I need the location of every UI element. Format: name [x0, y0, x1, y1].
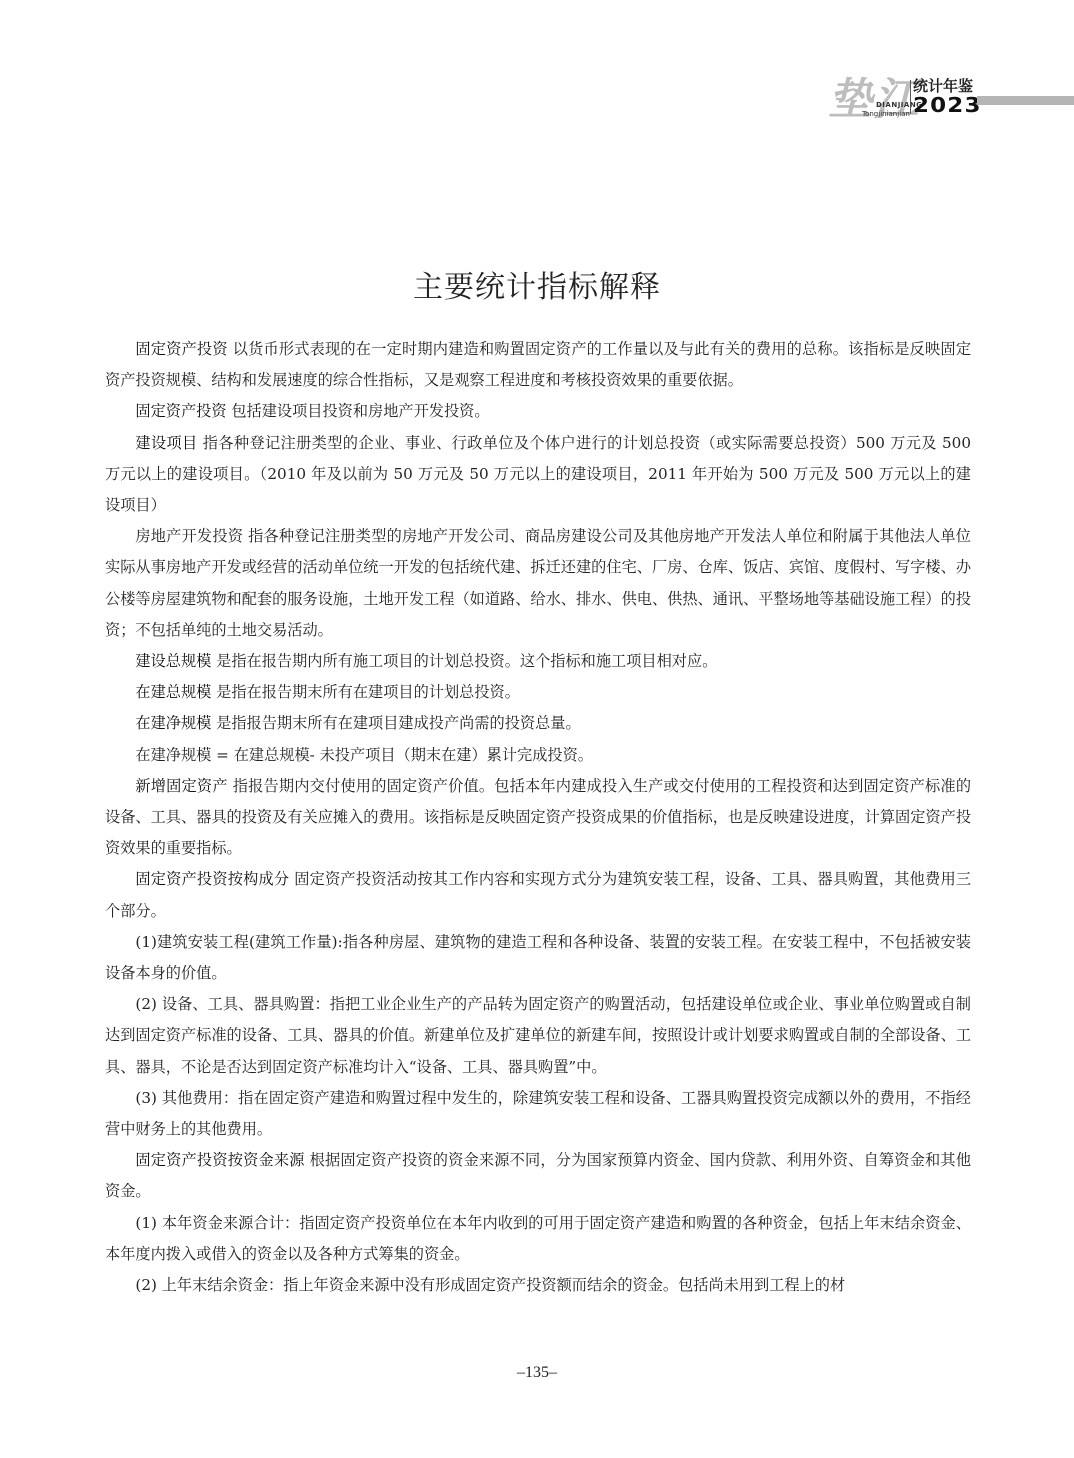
page-number: –135– [0, 1364, 1074, 1382]
logo-divider [910, 80, 911, 114]
header-gray-bar [977, 96, 1074, 105]
definition: (2) 设备、工具、器具购置：指把工业企业生产的产品转为固定资产的购置活动，包括… [105, 995, 971, 1075]
paragraph: 建设项目 指各种登记注册类型的企业、事业、行政单位及个体户进行的计划总投资（或实… [105, 428, 971, 522]
paragraph: 固定资产投资按资金来源 根据固定资产投资的资金来源不同，分为国家预算内资金、国内… [105, 1145, 971, 1207]
term: 建设项目 [135, 434, 197, 452]
paragraph: 房地产开发投资 指各种登记注册类型的房地产开发公司、商品房建设公司及其他房地产开… [105, 521, 971, 646]
definition: 房地产开发投资 指各种登记注册类型的房地产开发公司、商品房建设公司及其他房地产开… [105, 527, 971, 639]
term: 固定资产投资按构成分 [135, 870, 289, 888]
definition: 是指在报告期内所有施工项目的计划总投资。这个指标和施工项目相对应。 [211, 652, 717, 670]
paragraph: (2) 上年末结余资金：指上年资金来源中没有形成固定资产投资额而结余的资金。包括… [105, 1270, 971, 1301]
term: 在建总规模 [135, 683, 211, 701]
paragraph: (2) 设备、工具、器具购置：指把工业企业生产的产品转为固定资产的购置活动，包括… [105, 989, 971, 1083]
definition: 以货币形式表现的在一定时期内建造和购置固定资产的工作量以及与此有关的费用的总称。… [105, 340, 971, 389]
paragraph: 建设总规模 是指在报告期内所有施工项目的计划总投资。这个指标和施工项目相对应。 [105, 646, 971, 677]
definition: 是指报告期末所有在建项目建成投产尚需的投资总量。 [211, 714, 580, 732]
document-body: 固定资产投资 以货币形式表现的在一定时期内建造和购置固定资产的工作量以及与此有关… [105, 334, 971, 1301]
term: 固定资产投资 [135, 402, 226, 420]
term: 在建净规模 [135, 714, 211, 732]
page-title: 主要统计指标解释 [0, 262, 1074, 306]
paragraph: 固定资产投资 以货币形式表现的在一定时期内建造和购置固定资产的工作量以及与此有关… [105, 334, 971, 396]
paragraph: 在建净规模 是指报告期末所有在建项目建成投产尚需的投资总量。 [105, 708, 971, 739]
definition: (1) 本年资金来源合计：指固定资产投资单位在本年内收到的可用于固定资产建造和购… [105, 1214, 971, 1263]
definition: 指各种登记注册类型的企业、事业、行政单位及个体户进行的计划总投资（或实际需要总投… [105, 434, 971, 514]
definition: 是指在报告期末所有在建项目的计划总投资。 [211, 683, 520, 701]
book-year: 2023 [913, 95, 982, 115]
book-title: 统计年鉴 [913, 79, 973, 94]
paragraph: 固定资产投资 包括建设项目投资和房地产开发投资。 [105, 396, 971, 427]
term: 固定资产投资 [135, 340, 227, 358]
definition: 指报告期内交付使用的固定资产价值。包括本年内建成投入生产或交付使用的工程投资和达… [105, 777, 971, 857]
paragraph: 新增固定资产 指报告期内交付使用的固定资产价值。包括本年内建成投入生产或交付使用… [105, 771, 971, 865]
term: 新增固定资产 [135, 777, 227, 795]
definition: (3) 其他费用：指在固定资产建造和购置过程中发生的，除建筑安装工程和设备、工器… [105, 1089, 971, 1138]
definition: (1)建筑安装工程(建筑工作量):指各种房屋、建筑物的建造工程和各种设备、装置的… [105, 933, 971, 982]
definition: (2) 上年末结余资金：指上年资金来源中没有形成固定资产投资额而结余的资金。包括… [135, 1276, 845, 1294]
logo-pinyin-tongjinianjian: Tongjinianjian [862, 110, 910, 118]
paragraph: (1)建筑安装工程(建筑工作量):指各种房屋、建筑物的建造工程和各种设备、装置的… [105, 927, 971, 989]
definition: 在建净规模 = 在建总规模- 未投产项目（期末在建）累计完成投资。 [135, 746, 593, 764]
paragraph: 在建净规模 = 在建总规模- 未投产项目（期末在建）累计完成投资。 [105, 740, 971, 771]
running-header: 垫江 DIANJIANG Tongjinianjian 统计年鉴 2023 [0, 0, 1074, 140]
term: 固定资产投资按资金来源 [135, 1151, 304, 1169]
definition: 包括建设项目投资和房地产开发投资。 [227, 402, 490, 420]
paragraph: (3) 其他费用：指在固定资产建造和购置过程中发生的，除建筑安装工程和设备、工器… [105, 1083, 971, 1145]
term: 建设总规模 [135, 652, 211, 670]
paragraph: 固定资产投资按构成分 固定资产投资活动按其工作内容和实现方式分为建筑安装工程，设… [105, 864, 971, 926]
paragraph: (1) 本年资金来源合计：指固定资产投资单位在本年内收到的可用于固定资产建造和购… [105, 1208, 971, 1270]
paragraph: 在建总规模 是指在报告期末所有在建项目的计划总投资。 [105, 677, 971, 708]
